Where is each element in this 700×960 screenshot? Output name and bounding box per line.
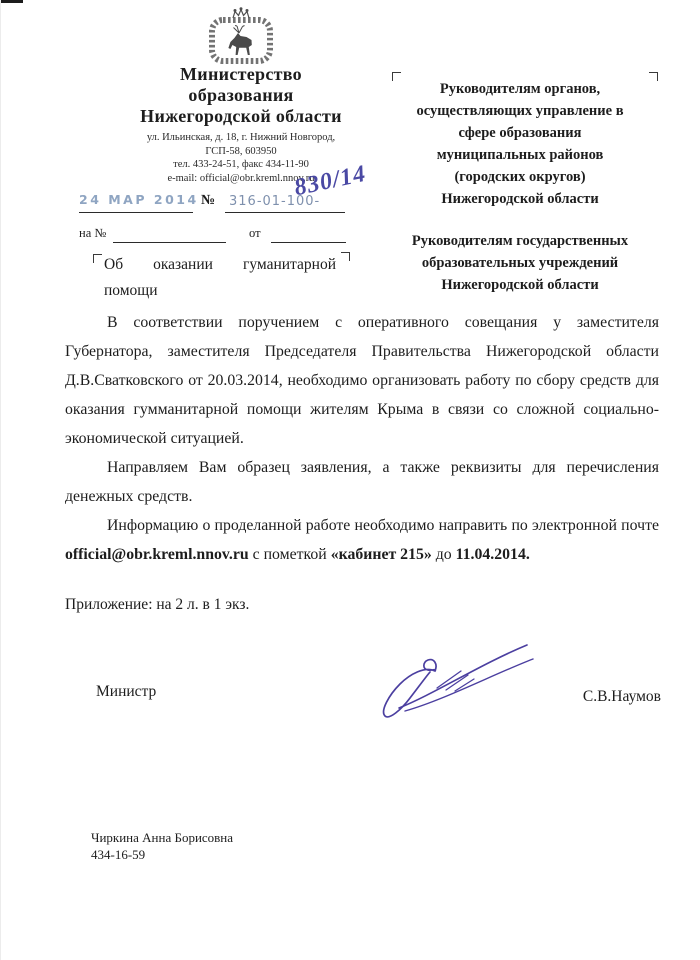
executor-name: Чиркина Анна Борисовна: [91, 830, 233, 847]
subject-block: Об оказании гуманитарной помощи: [104, 252, 336, 304]
body-paragraph-2: Направляем Вам образец заявления, а такж…: [65, 453, 659, 511]
ministry-name-line: Нижегородской области: [61, 106, 421, 127]
subject-word: оказании: [153, 252, 213, 278]
reply-date-label: от: [249, 226, 261, 241]
scan-artifact: [1, 0, 23, 3]
subject-word: гуманитарной: [243, 252, 336, 278]
body-text: Информацию о проделанной работе необходи…: [107, 517, 659, 534]
letter-body: В соответствии поручением с оперативного…: [65, 308, 659, 569]
deer-icon: [228, 26, 251, 56]
date-stamp: 24 МАР 2014: [79, 192, 197, 207]
recipient-line: Руководителям государственных: [384, 230, 656, 252]
body-paragraph-1: В соответствии поручением с оперативного…: [65, 308, 659, 453]
body-text: с пометкой: [249, 546, 331, 563]
recipient-line: Нижегородской области: [384, 274, 656, 296]
recipient-line: Нижегородской области: [384, 188, 656, 210]
ministry-name-line: образования: [61, 85, 421, 106]
scanned-letter-page: Министерство образования Нижегородской о…: [0, 0, 700, 960]
number-underline: [225, 212, 345, 213]
recipient-group-1: Руководителям органов, осуществляющих уп…: [384, 78, 656, 210]
deadline-date: 11.04.2014.: [456, 546, 530, 563]
email-address: official@obr.kreml.nnov.ru: [65, 546, 249, 563]
address-line: ГСП-58, 603950: [61, 145, 421, 159]
address-line: тел. 433-24-51, факс 434-11-90: [61, 158, 421, 172]
executor-phone: 434-16-59: [91, 847, 233, 864]
subject-word: Об: [104, 252, 123, 278]
reply-date-underline: [271, 242, 346, 243]
recipient-line: муниципальных районов: [384, 144, 656, 166]
signature-ink: [349, 636, 539, 734]
subject-line-1: Об оказании гуманитарной: [104, 252, 336, 278]
subject-line-2: помощи: [104, 278, 336, 304]
ministry-address: ул. Ильинская, д. 18, г. Нижний Новгород…: [61, 131, 421, 185]
reply-number-label: на №: [79, 226, 106, 241]
attachment-note: Приложение: на 2 л. в 1 экз.: [65, 596, 249, 614]
body-text: до: [432, 546, 456, 563]
signer-position: Министр: [96, 683, 156, 701]
executor-contact: Чиркина Анна Борисовна 434-16-59: [91, 830, 233, 863]
coat-of-arms-icon: [197, 7, 285, 65]
recipient-line: (городских округов): [384, 166, 656, 188]
date-underline: [79, 212, 193, 213]
signer-name: С.В.Наумов: [561, 688, 661, 706]
recipient-group-2: Руководителям государственных образовате…: [384, 230, 656, 296]
room-note: «кабинет 215»: [331, 546, 432, 563]
body-paragraph-3: Информацию о проделанной работе необходи…: [65, 511, 659, 569]
reply-number-underline: [113, 242, 226, 243]
address-line: ул. Ильинская, д. 18, г. Нижний Новгород…: [61, 131, 421, 145]
subject-corner-mark-left: [93, 254, 102, 263]
recipient-line: Руководителям органов,: [384, 78, 656, 100]
number-label: №: [201, 193, 215, 209]
recipient-line: сфере образования: [384, 122, 656, 144]
recipient-line: осуществляющих управление в: [384, 100, 656, 122]
ministry-name-line: Министерство: [61, 64, 421, 85]
recipient-block: Руководителям органов, осуществляющих уп…: [384, 78, 656, 296]
subject-corner-mark-right: [341, 252, 350, 261]
ministry-name: Министерство образования Нижегородской о…: [61, 64, 421, 127]
recipient-line: образовательных учреждений: [384, 252, 656, 274]
